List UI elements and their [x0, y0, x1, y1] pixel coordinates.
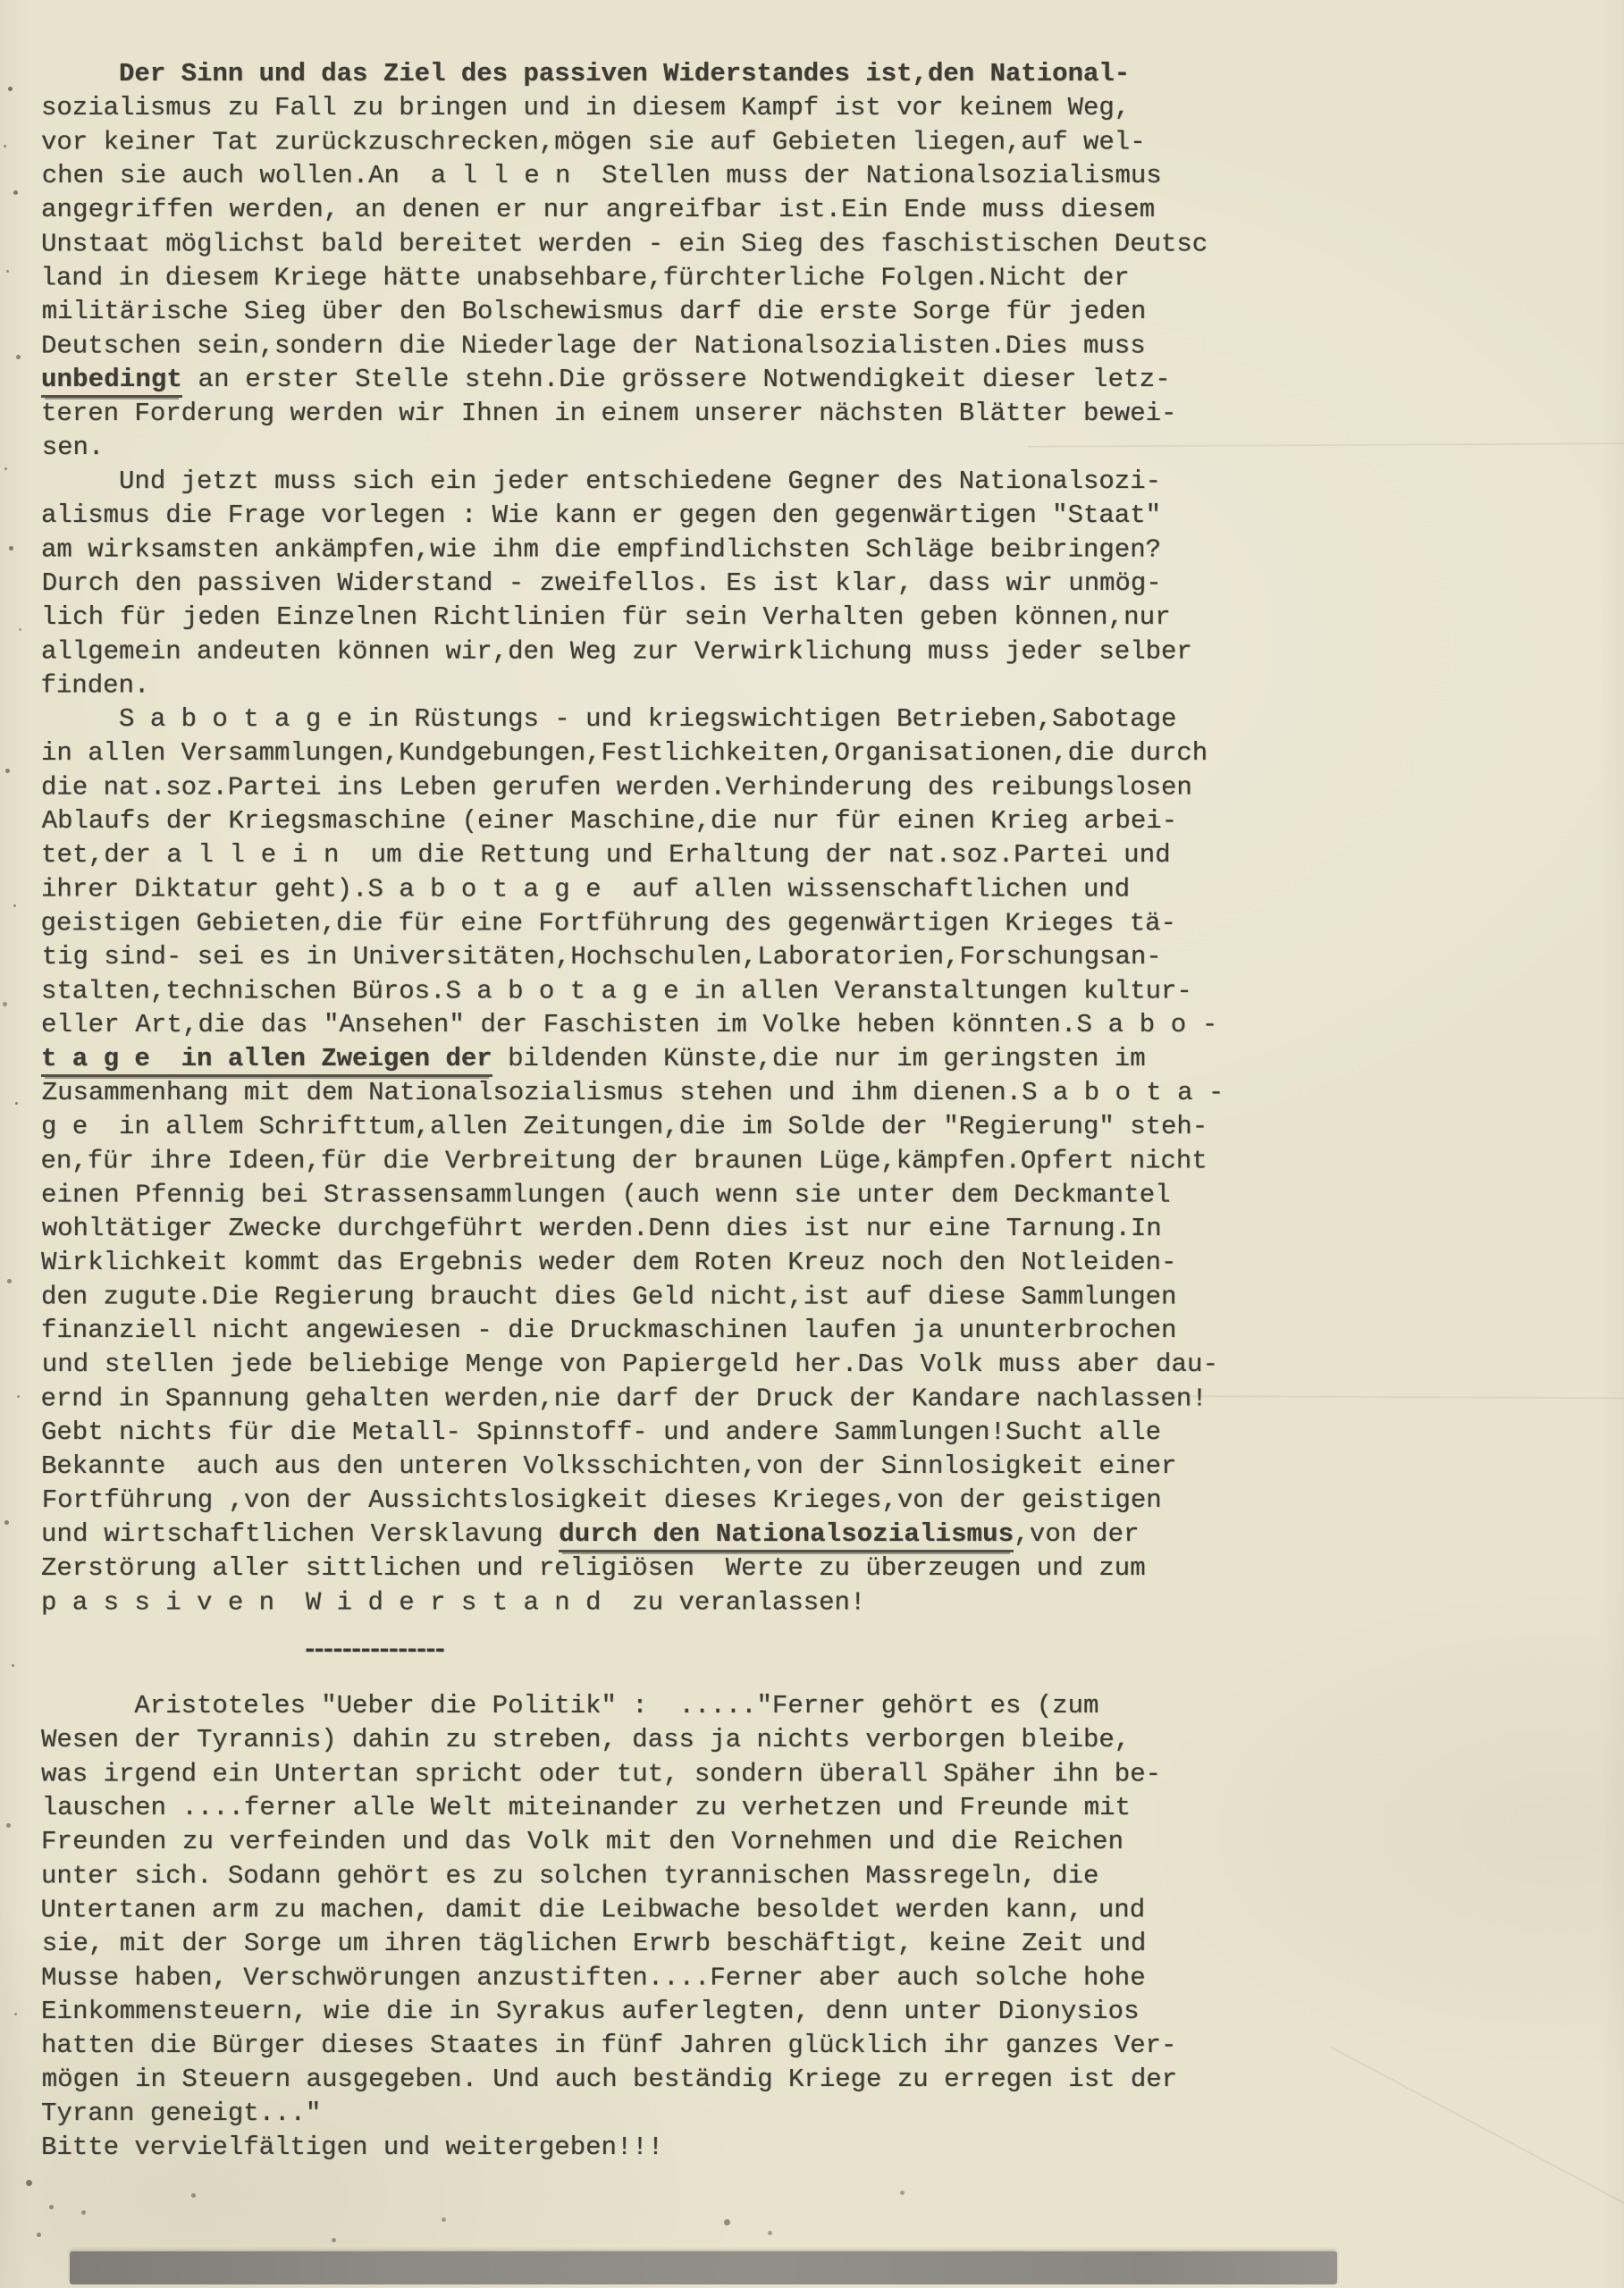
text-line: Einkommensteuern, wie die in Syrakus auf…	[41, 1995, 1224, 2029]
text-line: en,für ihre Ideen,für die Verbreitung de…	[41, 1144, 1224, 1178]
text-line: Gebt nichts für die Metall- Spinnstoff- …	[41, 1416, 1224, 1450]
text-line: Der Sinn und das Ziel des passiven Wider…	[41, 57, 1224, 91]
aristotle-quote-paragraph: Aristoteles "Ueber die Politik" : ....."…	[41, 1689, 1224, 2131]
scan-specks	[0, 0, 3, 3]
text-line: Und jetzt muss sich ein jeder entschiede…	[41, 465, 1224, 499]
text-line: sozialismus zu Fall zu bringen und in di…	[41, 91, 1224, 125]
text-line: in allen Versammlungen,Kundgebungen,Fest…	[41, 736, 1224, 770]
text-line: vor keiner Tat zurückzuschrecken,mögen s…	[41, 125, 1224, 159]
text-line: lauschen ....ferner alle Welt miteinande…	[42, 1791, 1224, 1825]
text-line: ihrer Diktatur geht).S a b o t a g e auf…	[41, 872, 1224, 906]
text-line: p a s s i v e n W i d e r s t a n d zu v…	[41, 1586, 1224, 1619]
text-line: Fortführung ,von der Aussichtslosigkeit …	[42, 1484, 1224, 1518]
text-line: was irgend ein Untertan spricht oder tut…	[41, 1757, 1224, 1791]
typewritten-text: Der Sinn und das Ziel des passiven Wider…	[41, 57, 1224, 2165]
text-line: ernd in Spannung gehalten werden,nie dar…	[41, 1382, 1224, 1416]
text-line: Untertanen arm zu machen, damit die Leib…	[41, 1893, 1224, 1927]
text-line: stalten,technischen Büros.S a b o t a g …	[41, 974, 1224, 1008]
closing-line: Bitte vervielfältigen und weitergeben!!!	[41, 2131, 1224, 2165]
text-line: Durch den passiven Widerstand - zweifell…	[42, 567, 1224, 601]
text-line: unter sich. Sodann gehört es zu solchen …	[41, 1859, 1224, 1893]
body-paragraphs: Der Sinn und das Ziel des passiven Wider…	[41, 57, 1224, 1619]
text-line: sie, mit der Sorge um ihren täglichen Er…	[42, 1927, 1224, 1961]
paragraph-intro: Der Sinn und das Ziel des passiven Wider…	[41, 57, 1224, 465]
text-line: am wirksamsten ankämpfen,wie ihm die emp…	[41, 533, 1224, 567]
text-line: tig sind- sei es in Universitäten,Hochsc…	[42, 940, 1224, 974]
text-line: allgemein andeuten können wir,den Weg zu…	[41, 635, 1224, 669]
text-line: wohltätiger Zwecke durchgeführt werden.D…	[42, 1212, 1224, 1246]
text-line: geistigen Gebieten,die für eine Fortführ…	[41, 906, 1224, 940]
scan-artifact-bar	[70, 2251, 1337, 2284]
leaflet-page: Der Sinn und das Ziel des passiven Wider…	[0, 0, 1624, 2288]
text-line: teren Forderung werden wir Ihnen in eine…	[41, 397, 1224, 431]
text-line: die nat.soz.Partei ins Leben gerufen wer…	[41, 770, 1224, 804]
paragraph-sabotage: S a b o t a g e in Rüstungs - und kriegs…	[41, 702, 1224, 1619]
text-line: und wirtschaftlichen Versklavung durch d…	[41, 1518, 1224, 1552]
text-line: g e in allem Schrifttum,allen Zeitungen,…	[41, 1110, 1224, 1144]
text-line: lich für jeden Einzelnen Richtlinien für…	[41, 601, 1224, 635]
text-line: einen Pfennig bei Strassensammlungen (au…	[41, 1178, 1224, 1212]
text-line: land in diesem Kriege hätte unabsehbare,…	[41, 261, 1224, 295]
text-line: Ablaufs der Kriegsmaschine (einer Maschi…	[42, 804, 1224, 838]
text-line: Wirklichkeit kommt das Ergebnis weder de…	[41, 1246, 1224, 1280]
text-line: angegriffen werden, an denen er nur angr…	[41, 193, 1224, 227]
text-line: Freunden zu verfeinden und das Volk mit …	[41, 1825, 1224, 1859]
text-line: Wesen der Tyrannis) dahin zu streben, da…	[41, 1723, 1224, 1757]
text-line: finanziell nicht angewiesen - die Druckm…	[41, 1314, 1224, 1348]
paper-crease	[1332, 2047, 1624, 2225]
text-line: S a b o t a g e in Rüstungs - und kriegs…	[41, 702, 1224, 736]
text-line: Musse haben, Verschwörungen anzustiften.…	[41, 1961, 1224, 1995]
text-line: Zerstörung aller sittlichen und religiös…	[41, 1552, 1224, 1586]
paragraph-question: Und jetzt muss sich ein jeder entschiede…	[41, 465, 1224, 702]
text-line: alismus die Frage vorlegen : Wie kann er…	[41, 499, 1224, 533]
text-line: eller Art,die das "Ansehen" der Faschist…	[41, 1008, 1224, 1042]
text-line: und stellen jede beliebige Menge von Pap…	[42, 1348, 1224, 1382]
text-line: hatten die Bürger dieses Staates in fünf…	[41, 2029, 1224, 2063]
text-line: t a g e in allen Zweigen der bildenden K…	[41, 1042, 1224, 1076]
text-line: den zugute.Die Regierung braucht dies Ge…	[41, 1280, 1224, 1314]
text-line: Deutschen sein,sondern die Niederlage de…	[41, 329, 1224, 363]
text-line: Unstaat möglichst bald bereitet werden -…	[41, 227, 1224, 261]
text-line: Zusammenhang mit dem Nationalsozialismus…	[42, 1076, 1224, 1110]
text-line: militärische Sieg über den Bolschewismus…	[42, 295, 1224, 329]
text-line: chen sie auch wollen.An a l l e n Stelle…	[42, 159, 1224, 193]
text-line: Aristoteles "Ueber die Politik" : ....."…	[41, 1689, 1224, 1723]
dashed-divider: ---------------	[302, 1634, 1224, 1668]
text-line: unbedingt an erster Stelle stehn.Die grö…	[41, 363, 1224, 397]
text-line: mögen in Steuern ausgegeben. Und auch be…	[42, 2063, 1224, 2097]
text-line: Tyrann geneigt..."	[41, 2097, 1224, 2131]
text-line: sen.	[42, 431, 1224, 465]
text-line: Bekannte auch aus den unteren Volksschic…	[41, 1450, 1224, 1484]
text-line: finden.	[41, 669, 1224, 702]
text-line: tet,der a l l e i n um die Rettung und E…	[41, 838, 1224, 872]
